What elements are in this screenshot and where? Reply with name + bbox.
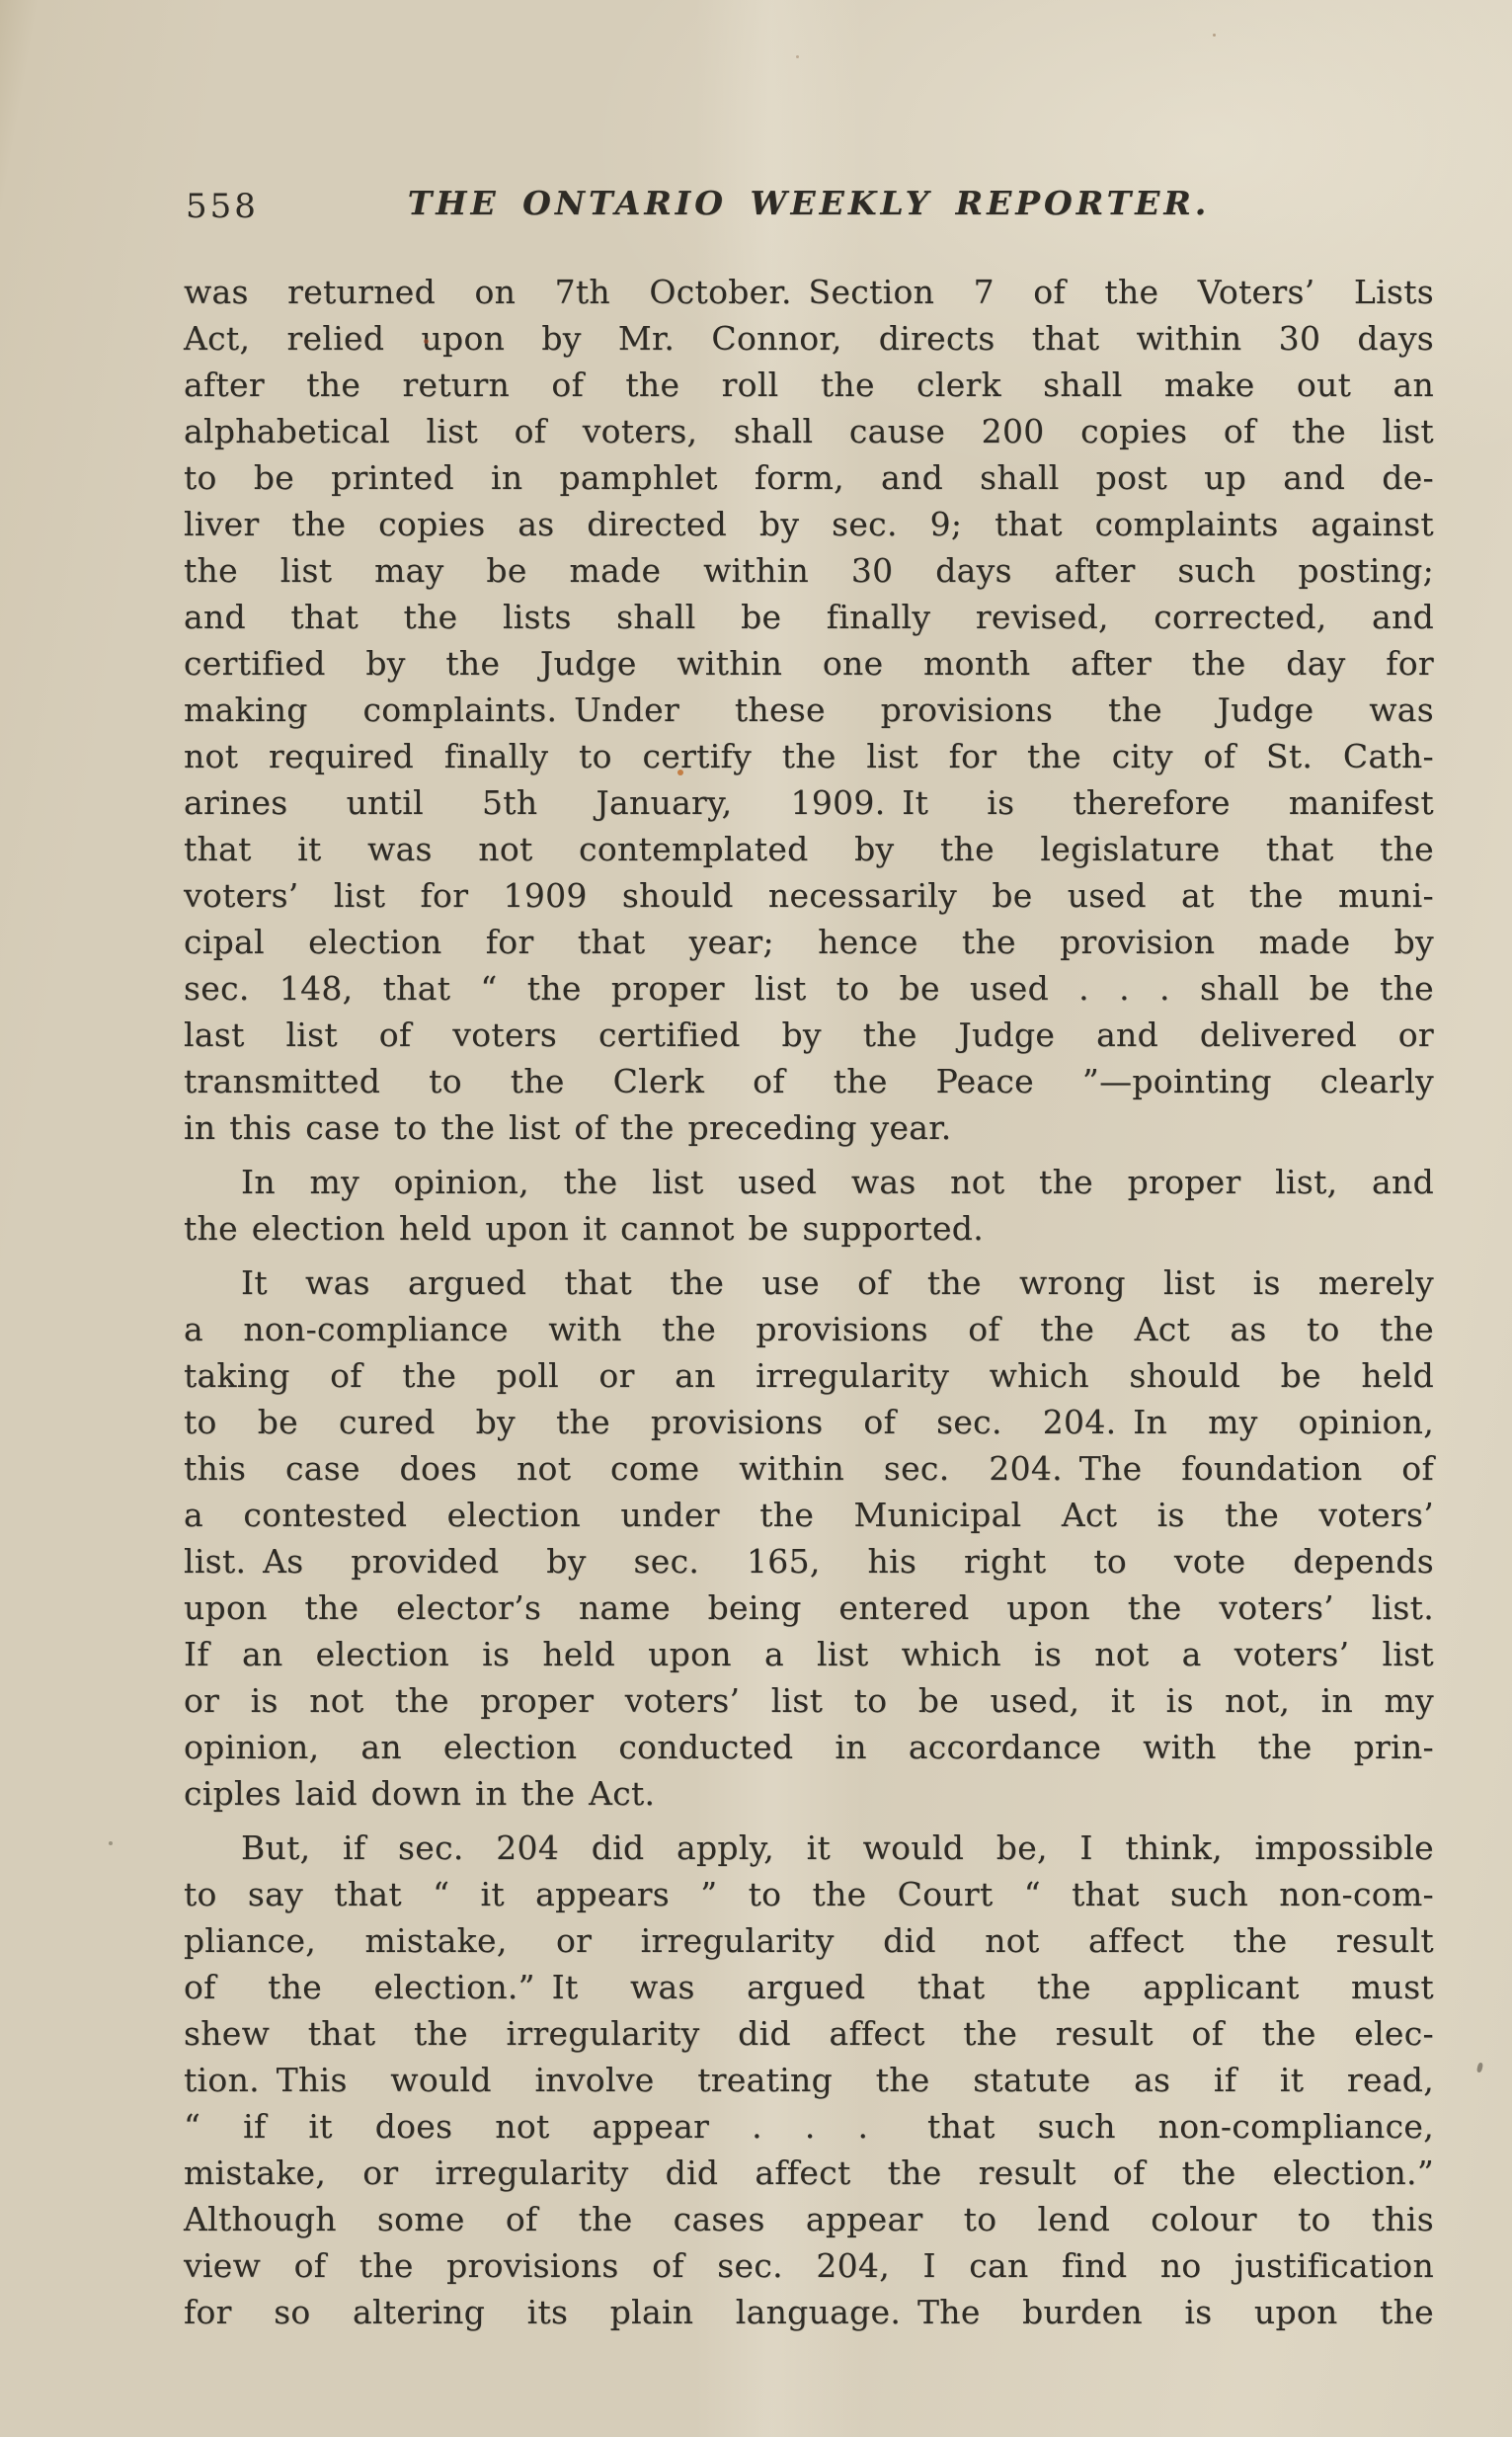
text-line: a contested election under the Municipal… — [184, 1492, 1434, 1538]
text-line: for so altering its plain language. The … — [184, 2289, 1434, 2335]
ink-speck — [1476, 2063, 1483, 2073]
text-line: view of the provisions of sec. 204, I ca… — [184, 2242, 1434, 2289]
text-line: tion. This would involve treating the st… — [184, 2057, 1434, 2103]
text-line: in this case to the list of the precedin… — [184, 1104, 1434, 1151]
text-line: Act, relied upon by Mr. Connor, directs … — [184, 315, 1434, 362]
text-line: making complaints. Under these provision… — [184, 687, 1434, 733]
text-line: taking of the poll or an irregularity wh… — [184, 1352, 1434, 1399]
text-line: to be printed in pamphlet form, and shal… — [184, 454, 1434, 501]
text-line: Although some of the cases appear to len… — [184, 2196, 1434, 2242]
running-title: THE ONTARIO WEEKLY REPORTER. — [184, 184, 1434, 222]
text-line: the list may be made within 30 days afte… — [184, 547, 1434, 594]
text-line: after the return of the roll the clerk s… — [184, 362, 1434, 408]
text-line: arines until 5th January, 1909. It is th… — [184, 779, 1434, 826]
ink-speck — [796, 55, 799, 58]
text-line: to say that “ it appears ” to the Court … — [184, 1871, 1434, 1917]
text-line: sec. 148, that “ the proper list to be u… — [184, 965, 1434, 1012]
text-line: If an election is held upon a list which… — [184, 1631, 1434, 1677]
ink-speck — [109, 1841, 113, 1845]
text-line: voters’ list for 1909 should necessarily… — [184, 872, 1434, 919]
body-text: was returned on 7th October. Section 7 o… — [184, 269, 1434, 2335]
page-header: 558 THE ONTARIO WEEKLY REPORTER. — [184, 184, 1434, 229]
text-line: In my opinion, the list used was not the… — [184, 1159, 1434, 1205]
text-line: ciples laid down in the Act. — [184, 1770, 1434, 1817]
text-line: pliance, mistake, or irregularity did no… — [184, 1917, 1434, 1964]
ink-speck — [1213, 34, 1216, 37]
paragraph: was returned on 7th October. Section 7 o… — [184, 269, 1434, 1151]
text-line: not required finally to certify the list… — [184, 733, 1434, 779]
text-line: It was argued that the use of the wrong … — [184, 1259, 1434, 1306]
text-line: that it was not contemplated by the legi… — [184, 826, 1434, 872]
text-line: “ if it does not appear . . . that such … — [184, 2103, 1434, 2150]
paragraph: But, if sec. 204 did apply, it would be,… — [184, 1825, 1434, 2335]
text-line: of the election.” It was argued that the… — [184, 1964, 1434, 2010]
text-line: the election held upon it cannot be supp… — [184, 1205, 1434, 1252]
text-line: cipal election for that year; hence the … — [184, 919, 1434, 965]
text-line: opinion, an election conducted in accord… — [184, 1724, 1434, 1770]
text-line: certified by the Judge within one month … — [184, 640, 1434, 687]
text-line: and that the lists shall be finally revi… — [184, 594, 1434, 640]
text-line: to be cured by the provisions of sec. 20… — [184, 1399, 1434, 1445]
text-line: or is not the proper voters’ list to be … — [184, 1677, 1434, 1724]
text-line: mistake, or irregularity did affect the … — [184, 2150, 1434, 2196]
text-line: But, if sec. 204 did apply, it would be,… — [184, 1825, 1434, 1871]
text-line: shew that the irregularity did affect th… — [184, 2010, 1434, 2057]
text-line: alphabetical list of voters, shall cause… — [184, 408, 1434, 454]
text-line: upon the elector’s name being entered up… — [184, 1584, 1434, 1631]
text-line: last list of voters certified by the Jud… — [184, 1012, 1434, 1058]
text-line: liver the copies as directed by sec. 9; … — [184, 501, 1434, 547]
text-line: this case does not come within sec. 204.… — [184, 1445, 1434, 1492]
paragraph: It was argued that the use of the wrong … — [184, 1259, 1434, 1817]
paragraph: In my opinion, the list used was not the… — [184, 1159, 1434, 1252]
text-line: was returned on 7th October. Section 7 o… — [184, 269, 1434, 315]
text-line: transmitted to the Clerk of the Peace ”—… — [184, 1058, 1434, 1104]
scanned-book-page: 558 THE ONTARIO WEEKLY REPORTER. was ret… — [0, 0, 1512, 2437]
text-line: a non-compliance with the provisions of … — [184, 1306, 1434, 1352]
text-line: list. As provided by sec. 165, his right… — [184, 1538, 1434, 1584]
